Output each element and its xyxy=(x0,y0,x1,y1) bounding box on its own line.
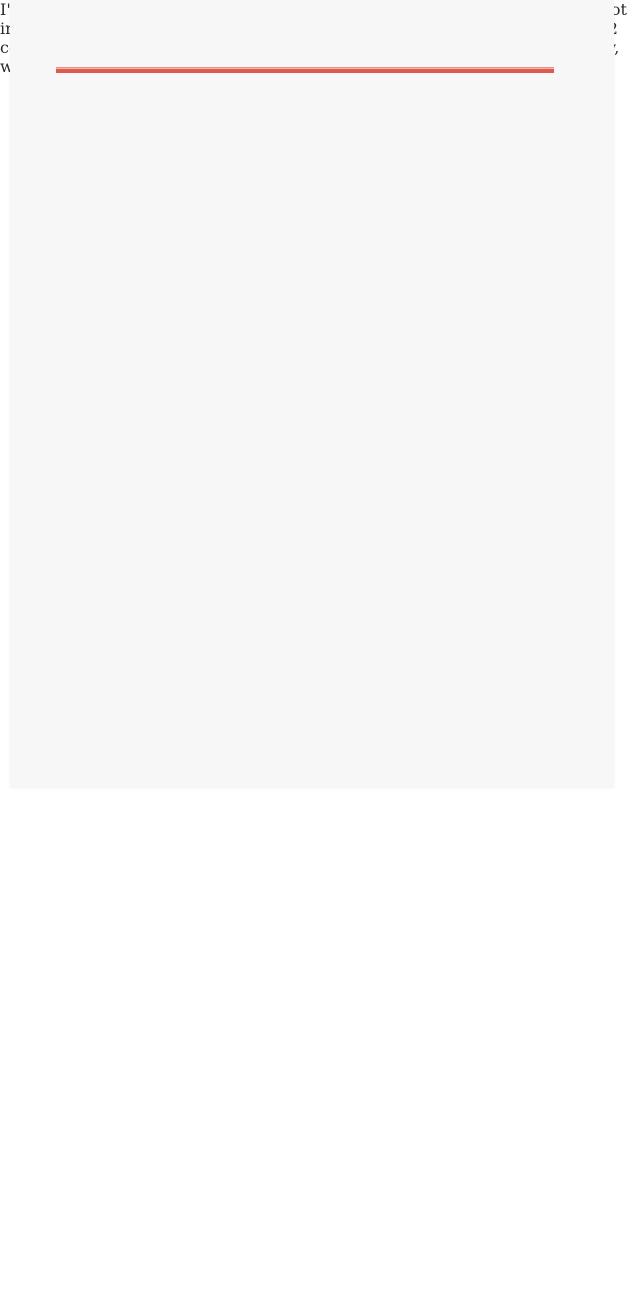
document-page-1 xyxy=(10,0,614,788)
letterhead-red-rule xyxy=(56,67,554,73)
